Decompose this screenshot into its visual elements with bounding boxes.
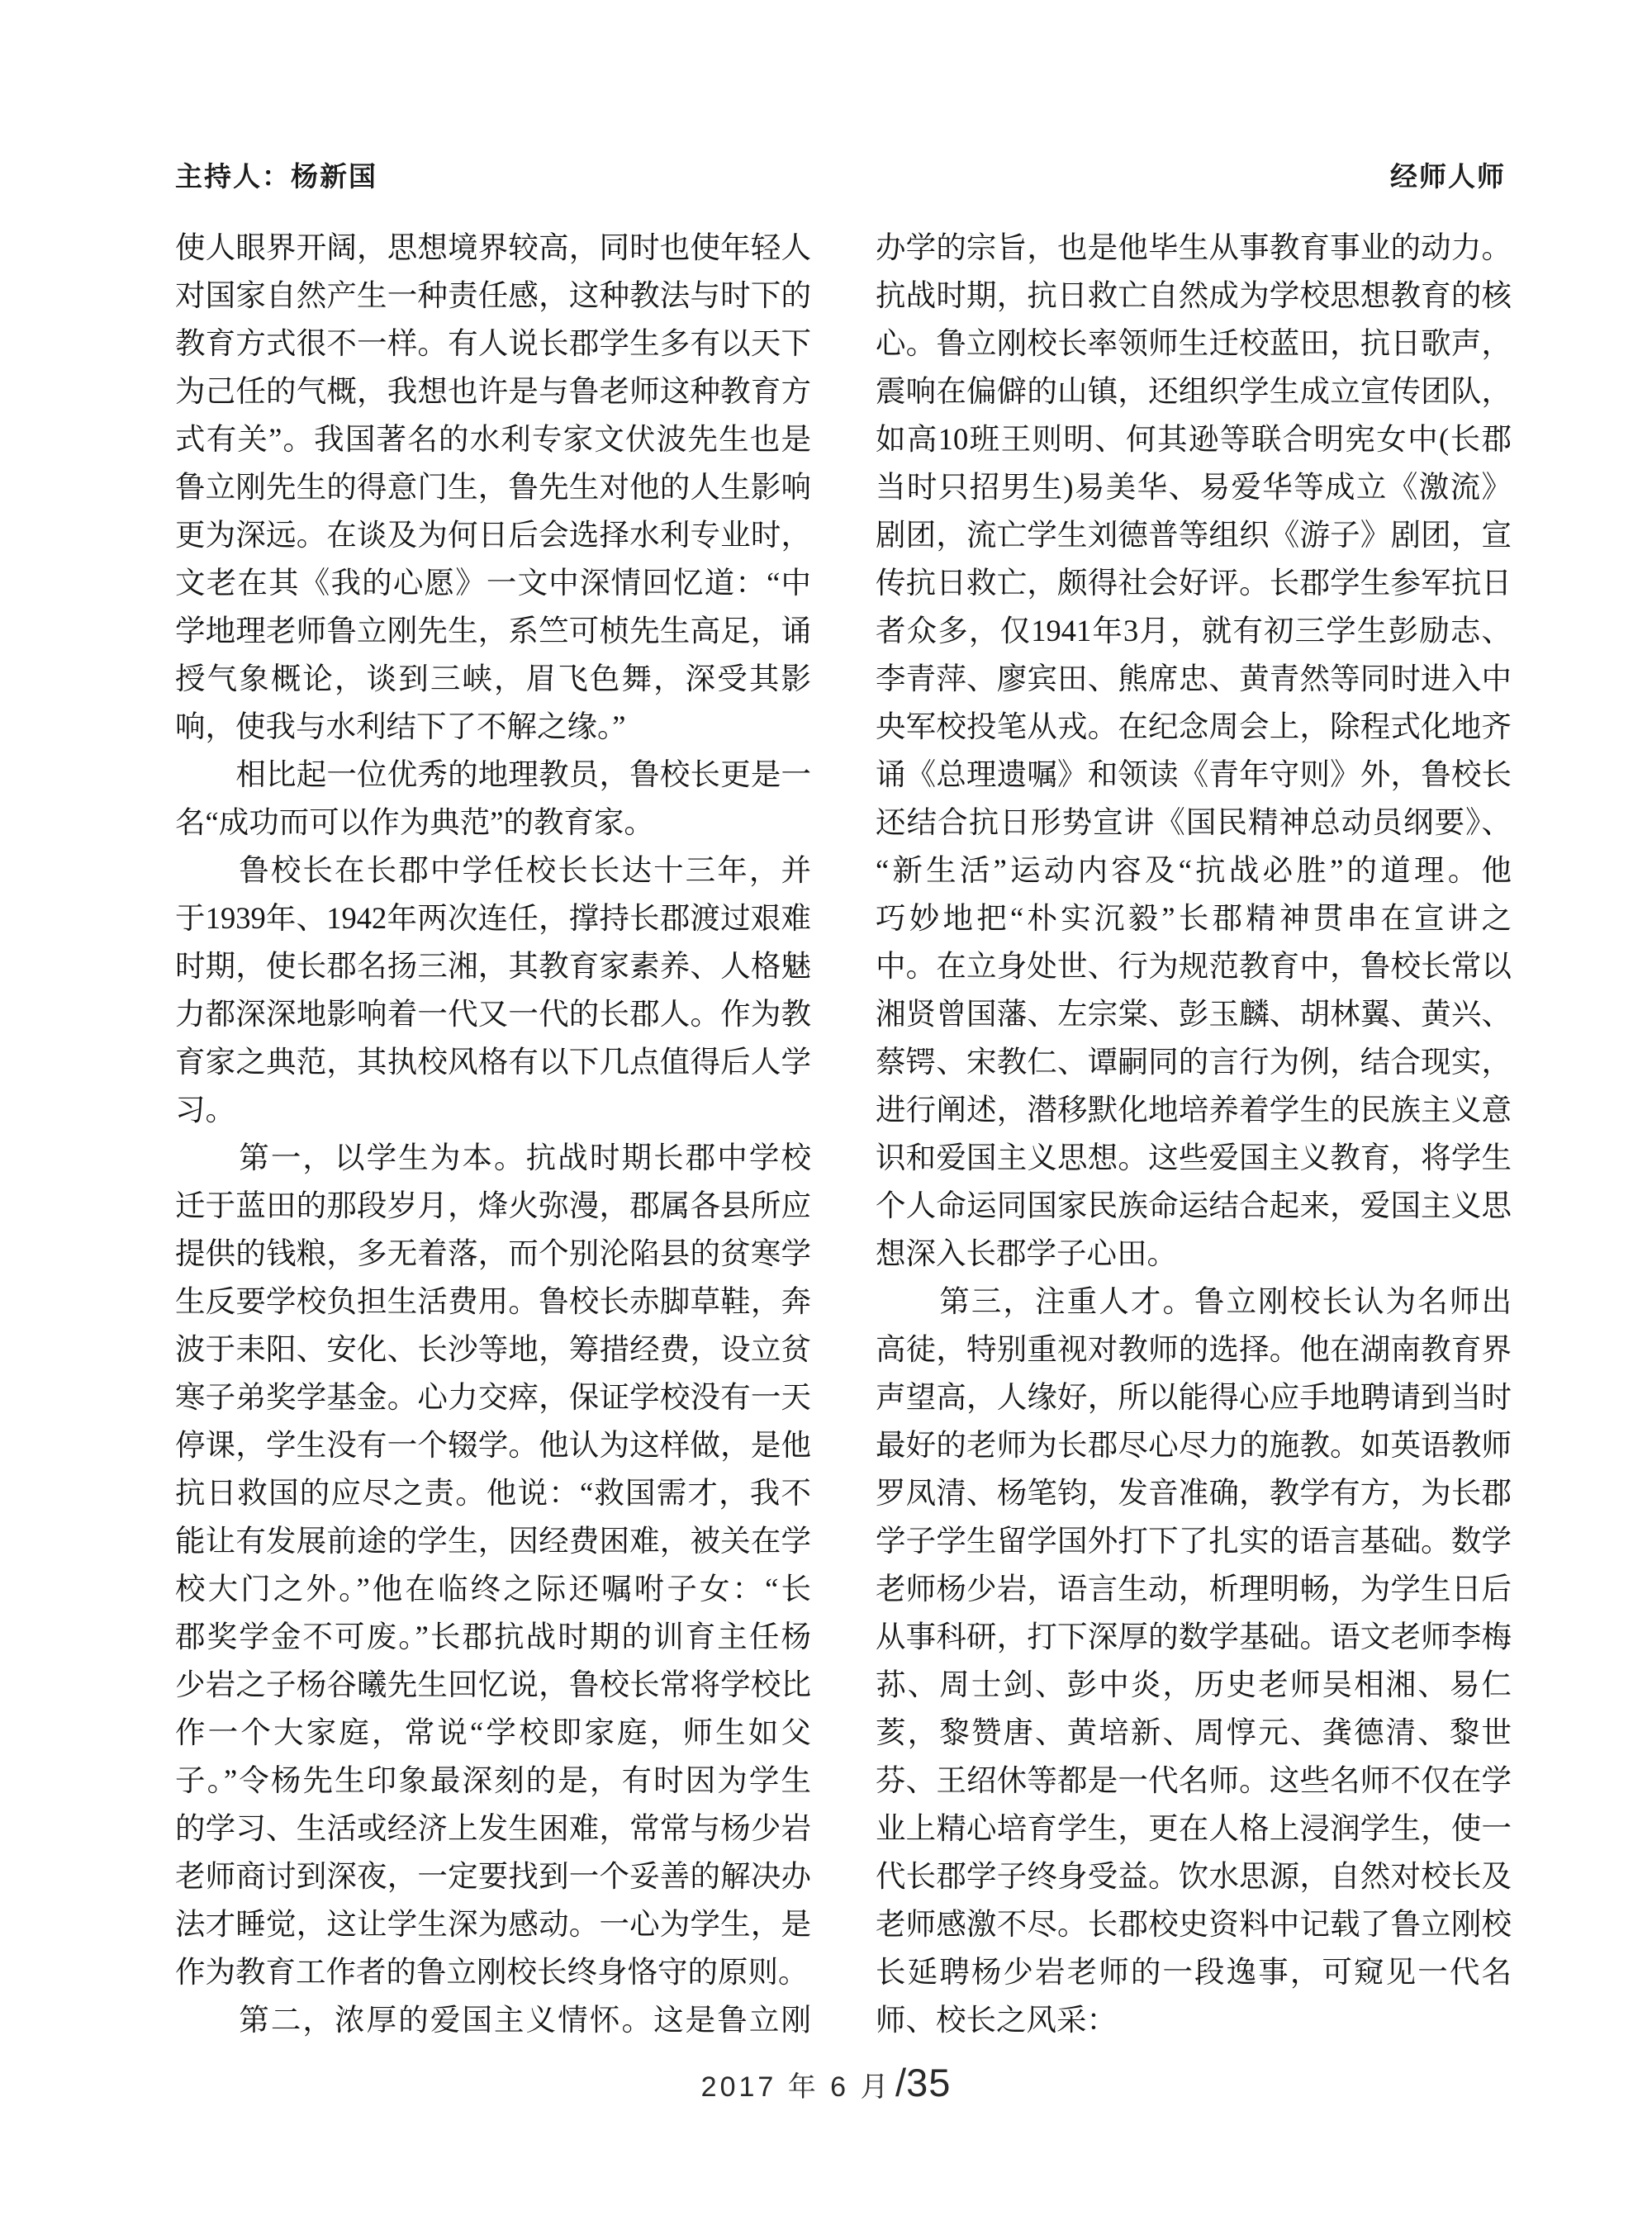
text-line: 响，使我与水利结下了不解之缘。” <box>175 703 811 751</box>
text-line: 的学习、生活或经济上发生困难，常常与杨少岩 <box>175 1805 811 1853</box>
footer-date: 2017 年 6 月 <box>701 2071 892 2103</box>
text-line: 还结合抗日形势宣讲《国民精神总动员纲要》、 <box>876 799 1512 847</box>
text-line: 震响在偏僻的山镇，还组织学生成立宣传团队， <box>876 368 1512 415</box>
text-line: 湘贤曾国藩、左宗棠、彭玉麟、胡林翼、黄兴、 <box>876 990 1512 1038</box>
text-line: 子。”令杨先生印象最深刻的是，有时因为学生 <box>175 1757 811 1805</box>
text-line: 能让有发展前途的学生，因经费困难，被关在学 <box>175 1517 811 1565</box>
text-line: 代长郡学子终身受益。饮水思源，自然对校长及 <box>876 1853 1512 1900</box>
text-line: 老师感激不尽。长郡校史资料中记载了鲁立刚校 <box>876 1900 1512 1948</box>
text-line: 巧妙地把“朴实沉毅”长郡精神贯串在宣讲之 <box>876 894 1512 942</box>
text-line: 教育方式很不一样。有人说长郡学生多有以天下 <box>175 320 811 368</box>
text-line: 时期，使长郡名扬三湘，其教育家素养、人格魅 <box>175 942 811 990</box>
text-line: 声望高，人缘好，所以能得心应手地聘请到当时 <box>876 1373 1512 1421</box>
footer-slash: / <box>895 2061 906 2104</box>
left-column: 使人眼界开阔，思想境界较高，同时也使年轻人对国家自然产生一种责任感，这种教法与时… <box>175 224 811 2044</box>
text-line: 心。鲁立刚校长率领师生迁校蓝田，抗日歌声， <box>876 320 1512 368</box>
text-line: 文老在其《我的心愿》一文中深情回忆道：“中 <box>175 559 811 607</box>
page-header: 主持人：杨新国 经师人师 <box>175 155 1506 194</box>
text-line: 荪、周士剑、彭中炎，历史老师吴相湘、易仁 <box>876 1661 1512 1709</box>
text-line: 授气象概论，谈到三峡，眉飞色舞，深受其影 <box>175 655 811 703</box>
text-line: 使人眼界开阔，思想境界较高，同时也使年轻人 <box>175 224 811 272</box>
magazine-page: 主持人：杨新国 经师人师 使人眼界开阔，思想境界较高，同时也使年轻人对国家自然产… <box>0 0 1652 2225</box>
text-line: 个人命运同国家民族命运结合起来，爱国主义思 <box>876 1182 1512 1230</box>
text-line: 师、校长之风采： <box>876 1996 1512 2044</box>
text-line: 进行阐述，潜移默化地培养着学生的民族主义意 <box>876 1086 1512 1134</box>
text-line: 最好的老师为长郡尽心尽力的施教。如英语教师 <box>876 1421 1512 1469</box>
text-line: 作为教育工作者的鲁立刚校长终身恪守的原则。 <box>175 1948 811 1996</box>
text-line: 学子学生留学国外打下了扎实的语言基础。数学 <box>876 1517 1512 1565</box>
text-line: 鲁校长在长郡中学任校长长达十三年，并 <box>175 847 811 894</box>
text-line: 识和爱国主义思想。这些爱国主义教育，将学生 <box>876 1134 1512 1182</box>
text-line: 郡奖学金不可废。”长郡抗战时期的训育主任杨 <box>175 1613 811 1661</box>
footer-page-number: 35 <box>906 2061 951 2104</box>
text-line: 习。 <box>175 1086 811 1134</box>
text-line: 对国家自然产生一种责任感，这种教法与时下的 <box>175 272 811 320</box>
text-line: 办学的宗旨，也是他毕生从事教育事业的动力。 <box>876 224 1512 272</box>
text-line: 者众多，仅1941年3月，就有初三学生彭励志、 <box>876 607 1512 655</box>
header-section-label: 经师人师 <box>1390 155 1506 194</box>
text-line: 名“成功而可以作为典范”的教育家。 <box>175 799 811 847</box>
text-line: 老师杨少岩，语言生动，析理明畅，为学生日后 <box>876 1565 1512 1613</box>
text-line: 抗战时期，抗日救亡自然成为学校思想教育的核 <box>876 272 1512 320</box>
text-line: 抗日救国的应尽之责。他说：“救国需才，我不 <box>175 1469 811 1517</box>
text-line: 罗凤清、杨笔钧，发音准确，教学有方，为长郡 <box>876 1469 1512 1517</box>
page-footer: 2017 年 6 月 /35 <box>0 2060 1652 2105</box>
text-line: 作一个大家庭，常说“学校即家庭，师生如父 <box>175 1709 811 1757</box>
text-line: 诵《总理遗嘱》和领读《青年守则》外，鲁校长 <box>876 751 1512 799</box>
text-line: 为己任的气概，我想也许是与鲁老师这种教育方 <box>175 368 811 415</box>
right-column: 办学的宗旨，也是他毕生从事教育事业的动力。抗战时期，抗日救亡自然成为学校思想教育… <box>876 224 1512 2044</box>
text-line: 提供的钱粮，多无着落，而个别沦陷县的贫寒学 <box>175 1230 811 1278</box>
text-line: 学地理老师鲁立刚先生，系竺可桢先生高足，诵 <box>175 607 811 655</box>
text-line: 相比起一位优秀的地理教员，鲁校长更是一 <box>175 751 811 799</box>
text-line: 波于耒阳、安化、长沙等地，筹措经费，设立贫 <box>175 1326 811 1373</box>
text-line: 蔡锷、宋教仁、谭嗣同的言行为例，结合现实， <box>876 1038 1512 1086</box>
text-line: 少岩之子杨谷曦先生回忆说，鲁校长常将学校比 <box>175 1661 811 1709</box>
text-line: 剧团，流亡学生刘德普等组织《游子》剧团，宣 <box>876 511 1512 559</box>
text-line: 第一，以学生为本。抗战时期长郡中学校 <box>175 1134 811 1182</box>
text-line: 力都深深地影响着一代又一代的长郡人。作为教 <box>175 990 811 1038</box>
text-line: 老师商讨到深夜，一定要找到一个妥善的解决办 <box>175 1853 811 1900</box>
text-line: 式有关”。我国著名的水利专家文伏波先生也是 <box>175 415 811 463</box>
text-line: 法才睡觉，这让学生深为感动。一心为学生，是 <box>175 1900 811 1948</box>
text-line: 芬、王绍休等都是一代名师。这些名师不仅在学 <box>876 1757 1512 1805</box>
article-body: 使人眼界开阔，思想境界较高，同时也使年轻人对国家自然产生一种责任感，这种教法与时… <box>175 224 1512 2044</box>
text-line: 想深入长郡学子心田。 <box>876 1230 1512 1278</box>
text-line: 更为深远。在谈及为何日后会选择水利专业时， <box>175 511 811 559</box>
text-line: 高徒，特别重视对教师的选择。他在湖南教育界 <box>876 1326 1512 1373</box>
text-line: “新生活”运动内容及“抗战必胜”的道理。他 <box>876 847 1512 894</box>
header-host-label: 主持人：杨新国 <box>175 155 377 194</box>
text-line: 迁于蓝田的那段岁月，烽火弥漫，郡属各县所应 <box>175 1182 811 1230</box>
text-line: 荄，黎赞唐、黄培新、周惇元、龚德清、黎世 <box>876 1709 1512 1757</box>
text-line: 如高10班王则明、何其逊等联合明宪女中(长郡 <box>876 415 1512 463</box>
text-line: 育家之典范，其执校风格有以下几点值得后人学 <box>175 1038 811 1086</box>
text-line: 当时只招男生)易美华、易爱华等成立《激流》 <box>876 463 1512 511</box>
text-line: 第二，浓厚的爱国主义情怀。这是鲁立刚 <box>175 1996 811 2044</box>
text-line: 校大门之外。”他在临终之际还嘱咐子女：“长 <box>175 1565 811 1613</box>
text-line: 从事科研，打下深厚的数学基础。语文老师李梅 <box>876 1613 1512 1661</box>
text-line: 长延聘杨少岩老师的一段逸事，可窥见一代名 <box>876 1948 1512 1996</box>
text-line: 鲁立刚先生的得意门生，鲁先生对他的人生影响 <box>175 463 811 511</box>
text-line: 中。在立身处世、行为规范教育中，鲁校长常以 <box>876 942 1512 990</box>
text-line: 传抗日救亡，颇得社会好评。长郡学生参军抗日 <box>876 559 1512 607</box>
text-line: 业上精心培育学生，更在人格上浸润学生，使一 <box>876 1805 1512 1853</box>
text-line: 央军校投笔从戎。在纪念周会上，除程式化地齐 <box>876 703 1512 751</box>
text-line: 于1939年、1942年两次连任，撑持长郡渡过艰难 <box>175 894 811 942</box>
text-line: 停课，学生没有一个辍学。他认为这样做，是他 <box>175 1421 811 1469</box>
text-line: 第三，注重人才。鲁立刚校长认为名师出 <box>876 1278 1512 1326</box>
text-line: 生反要学校负担生活费用。鲁校长赤脚草鞋，奔 <box>175 1278 811 1326</box>
text-line: 李青萍、廖宾田、熊席忠、黄青然等同时进入中 <box>876 655 1512 703</box>
text-line: 寒子弟奖学基金。心力交瘁，保证学校没有一天 <box>175 1373 811 1421</box>
